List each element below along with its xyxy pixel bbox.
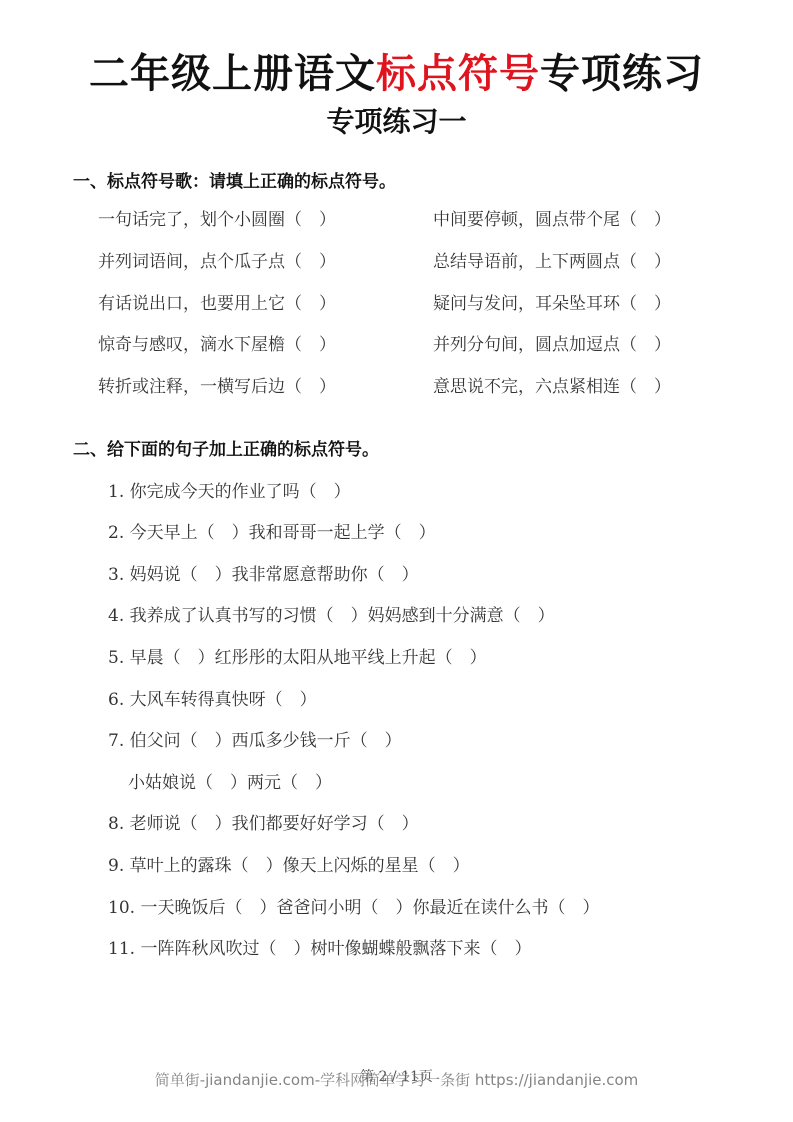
page-subtitle: 专项练习一: [0, 100, 793, 144]
song-line: 并列分句间，圆点加逗点（ ）: [433, 333, 671, 357]
question-item: 3. 妈妈说（ ）我非常愿意帮助你（ ）: [108, 563, 419, 587]
question-item: 7. 伯父问（ ）西瓜多少钱一斤（ ）: [108, 729, 402, 753]
song-line: 惊奇与感叹，滴水下屋檐（ ）: [98, 333, 336, 357]
question-item-continuation: 小姑娘说（ ）两元（ ）: [128, 771, 332, 795]
question-item: 10. 一天晚饭后（ ）爸爸问小明（ ）你最近在读什么书（ ）: [108, 896, 599, 920]
song-line: 有话说出口，也要用上它（ ）: [98, 292, 336, 316]
song-line: 并列词语间，点个瓜子点（ ）: [98, 250, 336, 274]
song-line: 总结导语前，上下两圆点（ ）: [433, 250, 671, 274]
question-item: 4. 我养成了认真书写的习惯（ ）妈妈感到十分满意（ ）: [108, 604, 555, 628]
section1-heading: 一、标点符号歌：请填上正确的标点符号。: [73, 170, 396, 194]
section2-heading: 二、给下面的句子加上正确的标点符号。: [73, 438, 379, 462]
question-item: 11. 一阵阵秋风吹过（ ）树叶像蝴蝶般飘落下来（ ）: [108, 937, 531, 961]
watermark: 简单街-jiandanjie.com-学科网简单学习一条街 https://ji…: [0, 1069, 793, 1090]
question-item: 2. 今天早上（ ）我和哥哥一起上学（ ）: [108, 521, 436, 545]
song-line: 转折或注释，一横写后边（ ）: [98, 375, 336, 399]
title-highlight: 标点符号: [376, 51, 540, 97]
song-line: 意思说不完，六点紧相连（ ）: [433, 375, 671, 399]
song-line: 一句话完了，划个小圆圈（ ）: [98, 208, 336, 232]
page-title: 二年级上册语文标点符号专项练习: [0, 46, 793, 102]
question-item: 9. 草叶上的露珠（ ）像天上闪烁的星星（ ）: [108, 854, 470, 878]
question-item: 6. 大风车转得真快呀（ ）: [108, 688, 317, 712]
question-item: 1. 你完成今天的作业了吗（ ）: [108, 480, 351, 504]
question-item: 8. 老师说（ ）我们都要好好学习（ ）: [108, 812, 419, 836]
song-line: 中间要停顿，圆点带个尾（ ）: [433, 208, 671, 232]
song-line: 疑问与发问，耳朵坠耳环（ ）: [433, 292, 671, 316]
title-prefix: 二年级上册语文: [89, 51, 376, 97]
title-suffix: 专项练习: [540, 51, 704, 97]
question-item: 5. 早晨（ ）红彤彤的太阳从地平线上升起（ ）: [108, 646, 487, 670]
